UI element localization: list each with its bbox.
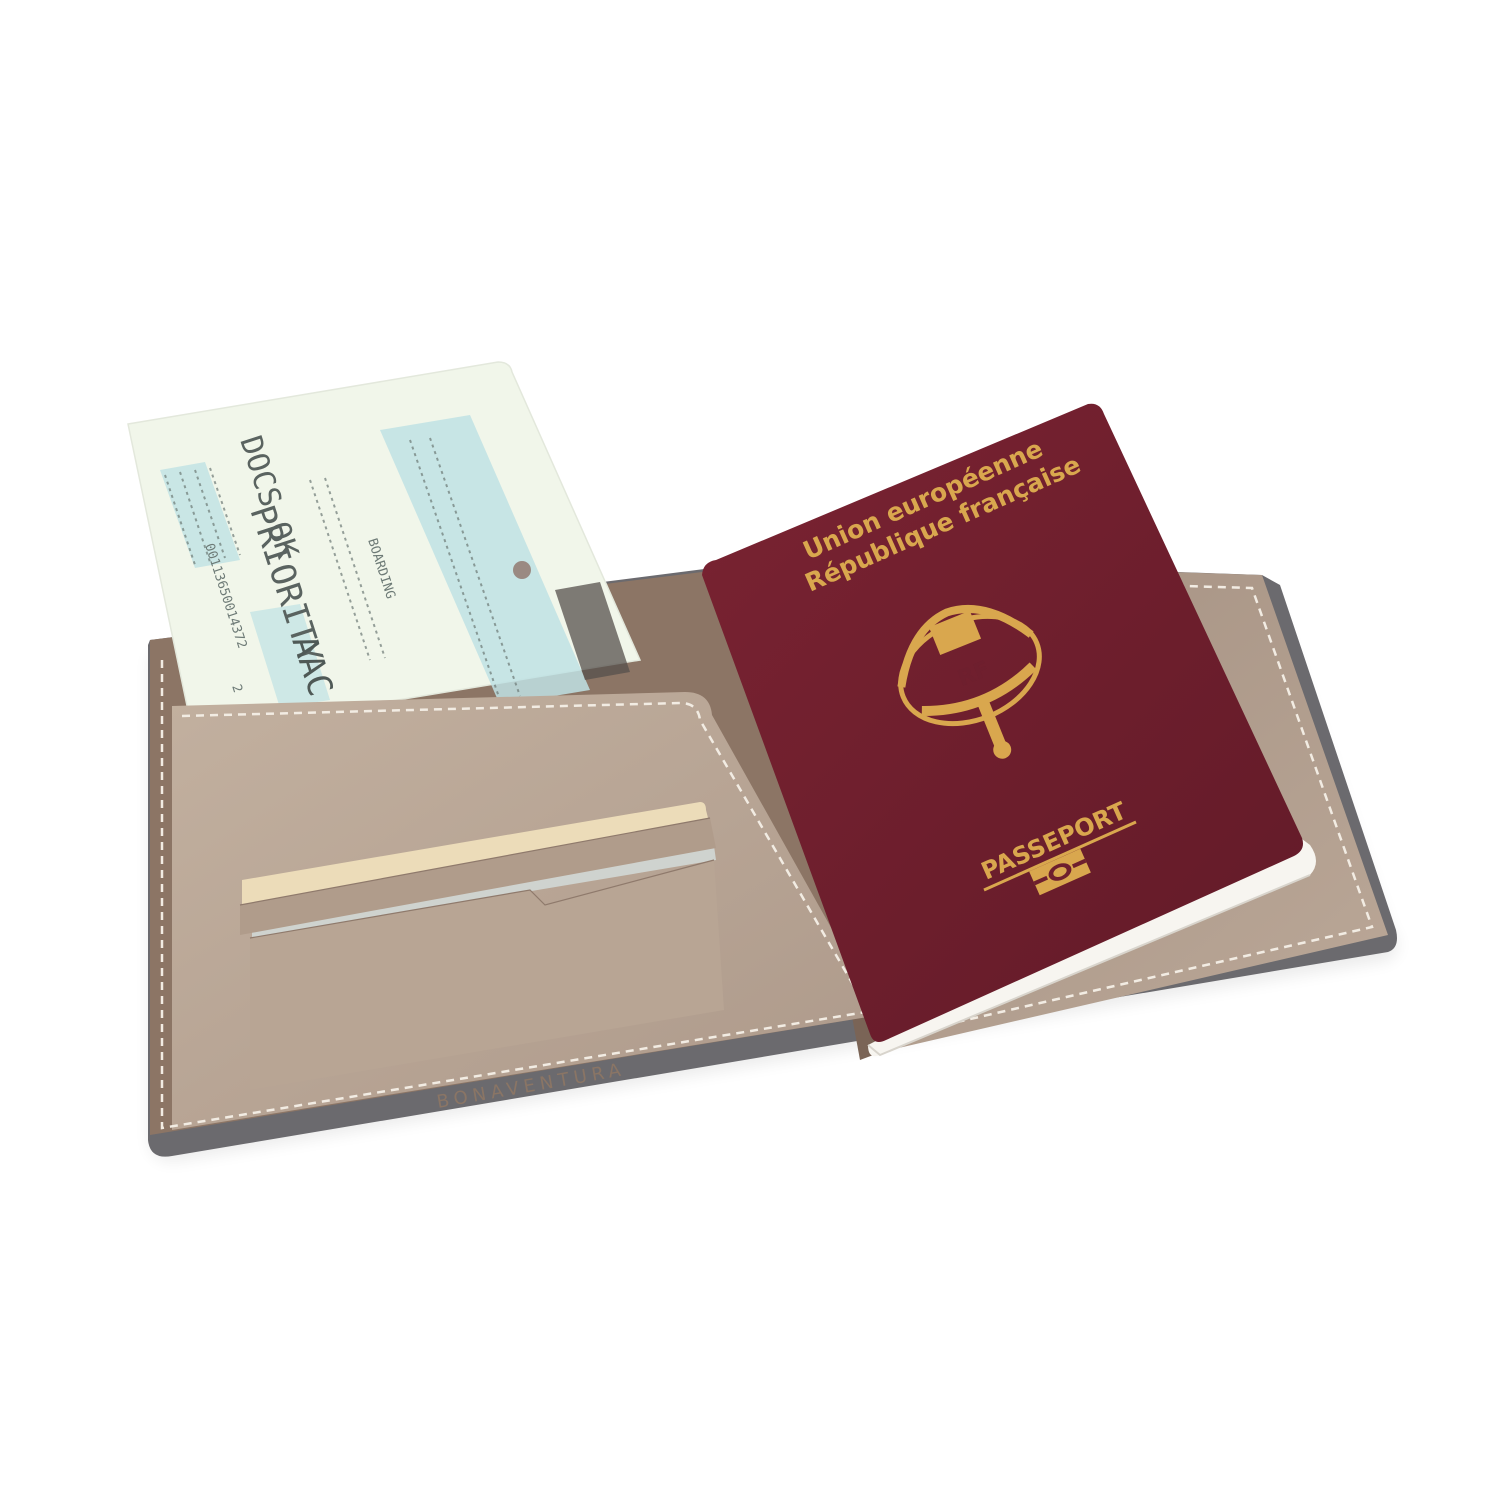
product-photo: DOCS OK PRIORITY AAC BOARDING 0011365001… <box>0 0 1500 1500</box>
boarding-pass: DOCS OK PRIORITY AAC BOARDING 0011365001… <box>128 362 640 730</box>
